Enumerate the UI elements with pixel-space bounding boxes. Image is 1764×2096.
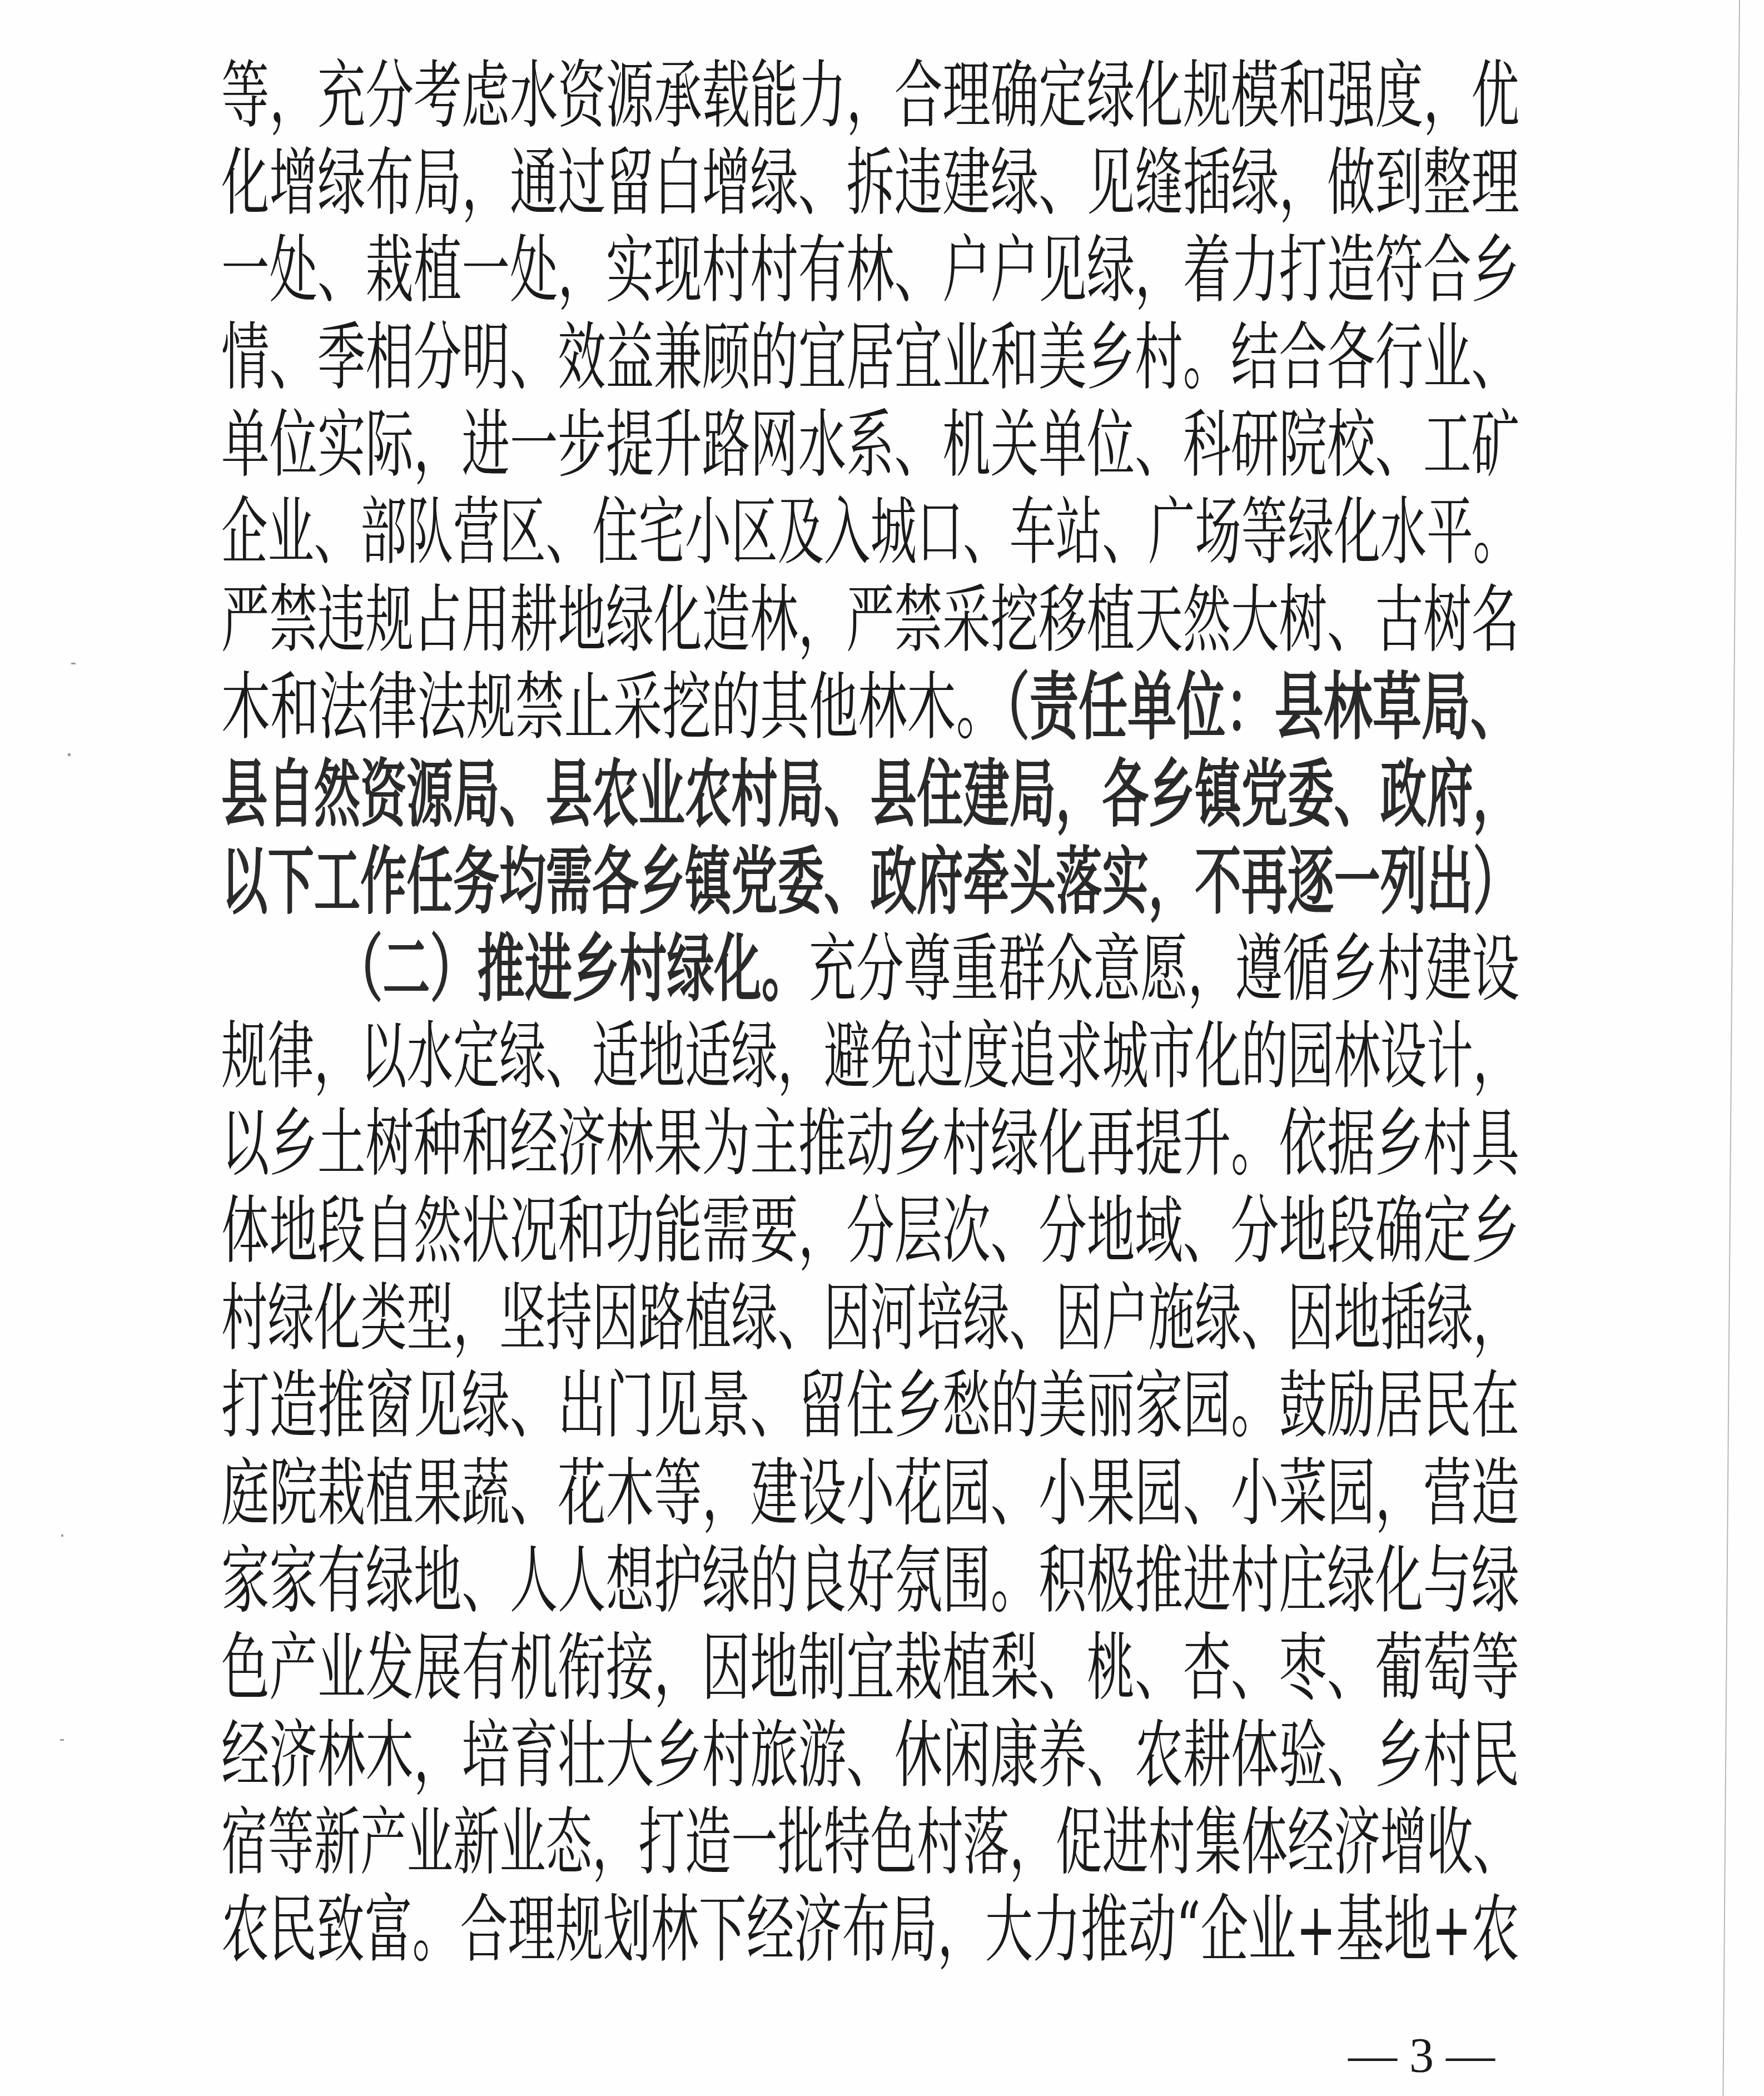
text-segment: 木和法律法规禁止采挖的其他林木。 (221, 664, 1005, 750)
scan-edge-line (1722, 0, 1740, 2096)
text-segment: 庭院栽植果蔬、花木等，建设小花园、小果园、小菜园，营造 (221, 1451, 1519, 1536)
text-segment: 色产业发展有机衔接，因地制宜栽植梨、桃、杏、枣、葡萄等 (221, 1625, 1519, 1711)
text-segment: 体地段自然状况和功能需要，分层次、分地域、分地段确定乡 (221, 1188, 1519, 1274)
scan-speck (60, 1739, 64, 1741)
text-segment: 经济林木，培育壮大乡村旅游、休闲康养、农耕体验、乡村民 (221, 1712, 1519, 1798)
responsible-units-label: （责任单位：县林草局、 (1005, 664, 1519, 750)
text-line: 一处、栽植一处，实现村村有林、户户见绿，着力打造符合乡 (221, 227, 1519, 314)
text-segment: 家家有绿地、人人想护绿的良好氛围。积极推进村庄绿化与绿 (221, 1538, 1519, 1623)
text-line: 单位实际，进一步提升路网水系、机关单位、科研院校、工矿 (221, 401, 1519, 489)
text-line: 以乡土树种和经济林果为主推动乡村绿化再提升。依据乡村具 (221, 1100, 1519, 1188)
body-text: 等，充分考虑水资源承载能力，合理确定绿化规模和强度，优 化增绿布局，通过留白增绿… (221, 52, 1519, 1974)
text-line: 村绿化类型，坚持因路植绿、因河培绿、因户施绿、因地插绿， (221, 1275, 1519, 1362)
text-line: 以下工作任务均需各乡镇党委、政府牵头落实，不再逐一列出） (221, 838, 1519, 926)
text-line: 情、季相分明、效益兼顾的宜居宜业和美乡村。结合各行业、 (221, 314, 1519, 401)
text-segment: 以乡土树种和经济林果为主推动乡村绿化再提升。依据乡村具 (221, 1101, 1519, 1186)
text-segment: 企业、部队营区、住宅小区及入城口、车站、广场等绿化水平。 (221, 489, 1519, 575)
text-line: 打造推窗见绿、出门见景、留住乡愁的美丽家园。鼓励居民在 (221, 1362, 1519, 1449)
text-line: 经济林木，培育壮大乡村旅游、休闲康养、农耕体验、乡村民 (221, 1712, 1519, 1799)
text-segment: 化增绿布局，通过留白增绿、拆违建绿、见缝插绿，做到整理 (221, 140, 1519, 226)
text-line: 宿等新产业新业态，打造一批特色村落，促进村集体经济增收、 (221, 1799, 1519, 1886)
scan-speck (71, 663, 76, 664)
text-segment: 情、季相分明、效益兼顾的宜居宜业和美乡村。结合各行业、 (221, 315, 1519, 400)
text-segment: 打造推窗见绿、出门见景、留住乡愁的美丽家园。鼓励居民在 (221, 1363, 1519, 1448)
page-number: — 3 — (1348, 2028, 1451, 2084)
text-segment: 村绿化类型，坚持因路植绿、因河培绿、因户施绿、因地插绿， (221, 1275, 1519, 1361)
responsible-units: 以下工作任务均需各乡镇党委、政府牵头落实，不再逐一列出） (221, 839, 1519, 925)
text-line: 等，充分考虑水资源承载能力，合理确定绿化规模和强度，优 (221, 52, 1519, 140)
text-line: 色产业发展有机衔接，因地制宜栽植梨、桃、杏、枣、葡萄等 (221, 1625, 1519, 1712)
text-line: 严禁违规占用耕地绿化造林，严禁采挖移植天然大树、古树名 (221, 577, 1519, 664)
text-line: 县自然资源局、县农业农村局、县住建局，各乡镇党委、政府， (221, 751, 1519, 838)
text-line: 庭院栽植果蔬、花木等，建设小花园、小果园、小菜园，营造 (221, 1450, 1519, 1537)
text-segment: 充分尊重群众意愿，遵循乡村建设 (809, 926, 1519, 1012)
text-segment: 严禁违规占用耕地绿化造林，严禁采挖移植天然大树、古树名 (221, 577, 1519, 663)
scan-speck (61, 1534, 63, 1537)
document-page: 等，充分考虑水资源承载能力，合理确定绿化规模和强度，优 化增绿布局，通过留白增绿… (0, 0, 1764, 2096)
text-line: 体地段自然状况和功能需要，分层次、分地域、分地段确定乡 (221, 1188, 1519, 1275)
text-line: 规律，以水定绿、适地适绿，避免过度追求城市化的园林设计， (221, 1013, 1519, 1100)
text-segment: 等，充分考虑水资源承载能力，合理确定绿化规模和强度，优 (221, 53, 1519, 138)
responsible-units: 县自然资源局、县农业农村局、县住建局，各乡镇党委、政府， (221, 752, 1519, 837)
text-segment: 宿等新产业新业态，打造一批特色村落，促进村集体经济增收、 (221, 1800, 1519, 1885)
scan-speck (68, 753, 71, 756)
text-segment: 单位实际，进一步提升路网水系、机关单位、科研院校、工矿 (221, 402, 1519, 488)
text-segment: 农民致富。合理规划林下经济布局，大力推动“企业+基地+农 (221, 1887, 1519, 1973)
text-segment: 规律，以水定绿、适地适绿，避免过度追求城市化的园林设计， (221, 1014, 1519, 1099)
text-line: 企业、部队营区、住宅小区及入城口、车站、广场等绿化水平。 (221, 489, 1519, 576)
text-line: 家家有绿地、人人想护绿的良好氛围。积极推进村庄绿化与绿 (221, 1537, 1519, 1625)
text-line: 农民致富。合理规划林下经济布局，大力推动“企业+基地+农 (221, 1886, 1519, 1974)
text-line: 化增绿布局，通过留白增绿、拆违建绿、见缝插绿，做到整理 (221, 140, 1519, 227)
text-segment: 一处、栽植一处，实现村村有林、户户见绿，着力打造符合乡 (221, 227, 1519, 313)
section-heading-line: （二）推进乡村绿化。充分尊重群众意愿，遵循乡村建设 (221, 926, 1519, 1013)
text-line: 木和法律法规禁止采挖的其他林木。（责任单位：县林草局、 (221, 664, 1519, 751)
section-heading: （二）推进乡村绿化。 (335, 926, 809, 1012)
